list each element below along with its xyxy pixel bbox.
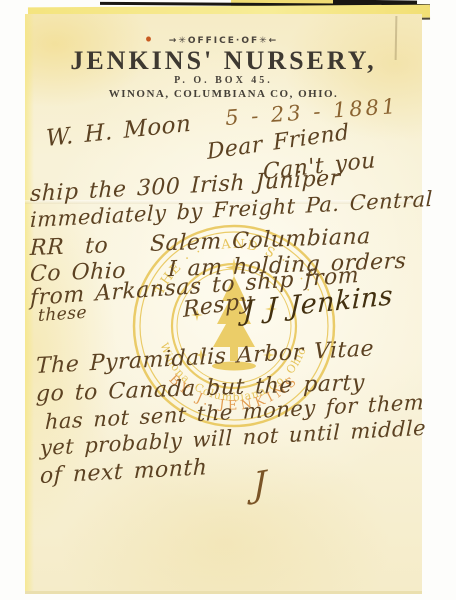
handwriting-line: of next month bbox=[40, 455, 208, 489]
letterhead-company: JENKINS' NURSERY, bbox=[25, 46, 422, 76]
handwriting-initial: J bbox=[253, 463, 267, 506]
handwriting-line: these bbox=[38, 303, 87, 326]
scanned-letter-photo: THE · · · AND S · · · · Winona, Columbia… bbox=[0, 0, 456, 600]
handwriting-recipient: W. H. Moon bbox=[46, 111, 192, 152]
letter-sheet: THE · · · AND S · · · · Winona, Columbia… bbox=[25, 14, 422, 594]
letterhead-office-of: →✳OFFICE·OF✳← bbox=[25, 36, 422, 46]
letterhead-pobox: P. O. BOX 45. bbox=[25, 75, 422, 86]
